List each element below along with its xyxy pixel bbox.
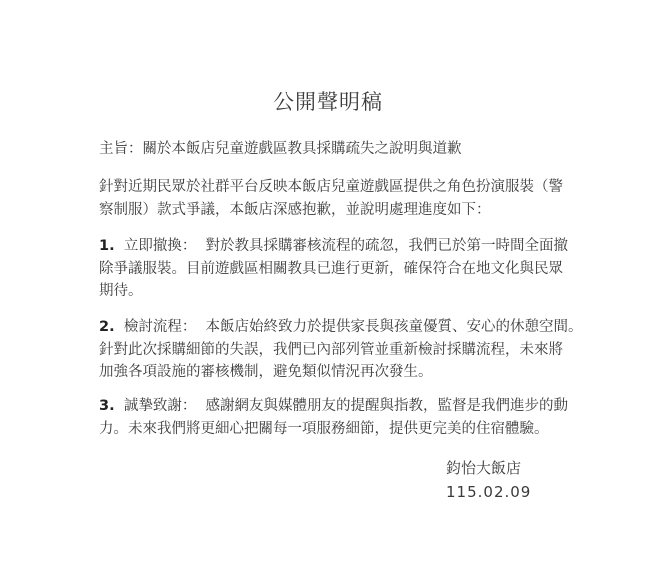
item-line: 力。未來我們將更細心把關每一項服務細節，提供更完美的住宿體驗。 xyxy=(99,418,589,441)
item-line: 期待。 xyxy=(99,280,589,303)
item-heading: 立即撤換： xyxy=(124,238,197,254)
intro-line: 針對近期民眾於社群平台反映本飯店兒童遊戲區提供之角色扮演服裝（警 xyxy=(99,176,589,199)
item-line: 除爭議服裝。目前遊戲區相關教具已進行更新，確保符合在地文化與民眾 xyxy=(99,258,589,281)
item-text: 感謝網友與媒體朋友的提醒與指教，監督是我們進步的動 xyxy=(206,398,569,414)
item-heading: 檢討流程： xyxy=(124,319,197,335)
signature-date: 115.02.09 xyxy=(446,480,531,504)
signature-block: 鈞怡大飯店 115.02.09 xyxy=(446,456,531,504)
intro-paragraph: 針對近期民眾於社群平台反映本飯店兒童遊戲區提供之角色扮演服裝（警 察制服）款式爭… xyxy=(99,176,589,221)
statement-document: 公開聲明稿 主旨：關於本飯店兒童遊戲區教具採購疏失之說明與道歉 針對近期民眾於社… xyxy=(0,0,656,586)
intro-line: 察制服）款式爭議，本飯店深感抱歉，並說明處理進度如下： xyxy=(99,199,589,222)
item-immediate-removal: 1. 立即撤換： 對於教具採購審核流程的疏忽，我們已於第一時間全面撤 除爭議服裝… xyxy=(99,235,589,303)
item-review-process: 2. 檢討流程： 本飯店始終致力於提供家長與孩童優質、安心的休憩空間。 針對此次… xyxy=(99,316,589,384)
item-line: 2. 檢討流程： 本飯店始終致力於提供家長與孩童優質、安心的休憩空間。 xyxy=(99,316,589,339)
item-number: 3. xyxy=(99,398,115,414)
item-number: 2. xyxy=(99,319,115,335)
item-line: 1. 立即撤換： 對於教具採購審核流程的疏忽，我們已於第一時間全面撤 xyxy=(99,235,589,258)
document-title: 公開聲明稿 xyxy=(0,86,656,116)
item-line: 加強各項設施的審核機制，避免類似情況再次發生。 xyxy=(99,361,589,384)
item-heading: 誠摯致謝： xyxy=(124,398,197,414)
subject-line: 主旨：關於本飯店兒童遊戲區教具採購疏失之說明與道歉 xyxy=(99,137,462,158)
item-line: 針對此次採購細節的失誤，我們已內部列管並重新檢討採購流程，未來將 xyxy=(99,339,589,362)
item-text: 本飯店始終致力於提供家長與孩童優質、安心的休憩空間。 xyxy=(206,319,583,335)
item-gratitude: 3. 誠摯致謝： 感謝網友與媒體朋友的提醒與指教，監督是我們進步的動 力。未來我… xyxy=(99,395,589,440)
item-line: 3. 誠摯致謝： 感謝網友與媒體朋友的提醒與指教，監督是我們進步的動 xyxy=(99,395,589,418)
item-number: 1. xyxy=(99,238,115,254)
signature-organization: 鈞怡大飯店 xyxy=(446,456,531,480)
item-text: 對於教具採購審核流程的疏忽，我們已於第一時間全面撤 xyxy=(206,238,569,254)
